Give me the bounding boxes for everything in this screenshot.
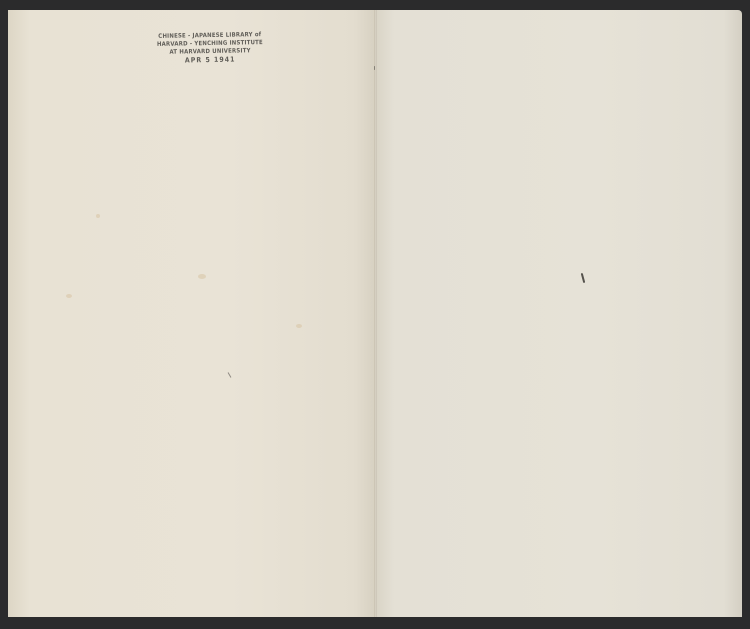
paper-stain — [96, 214, 100, 218]
paper-stain — [198, 274, 206, 279]
right-page — [376, 10, 742, 617]
left-page — [8, 10, 376, 617]
library-stamp: CHINESE - JAPANESE LIBRARY of HARVARD - … — [128, 31, 293, 66]
paper-stain — [296, 324, 302, 328]
paper-stain — [66, 294, 72, 298]
book-gutter — [374, 10, 377, 617]
gutter-mark — [374, 66, 375, 70]
